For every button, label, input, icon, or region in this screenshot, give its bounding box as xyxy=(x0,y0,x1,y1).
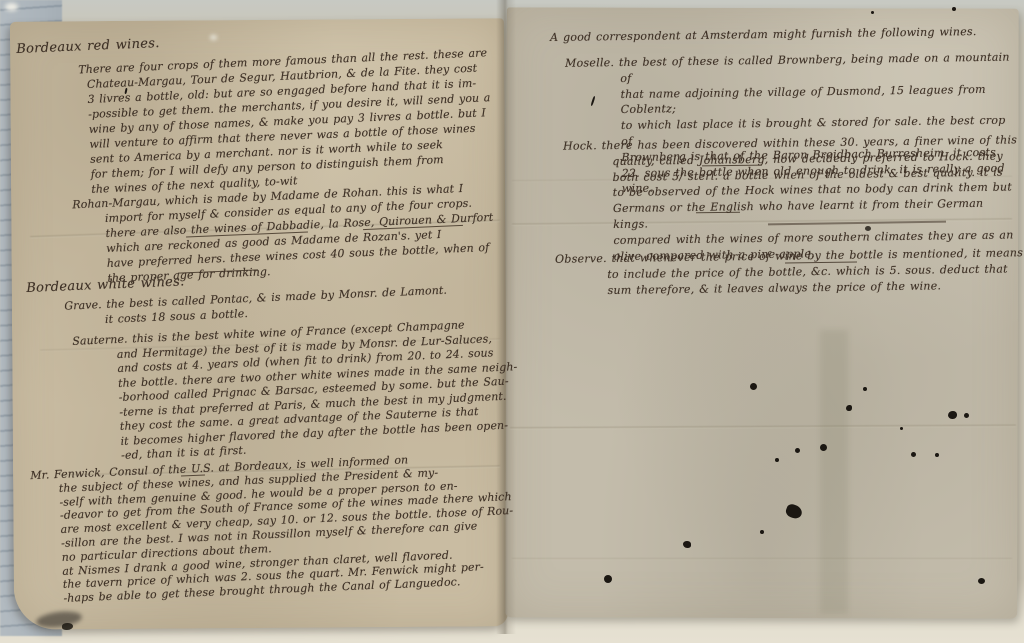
ink-spot xyxy=(863,387,867,391)
ink-spot xyxy=(871,11,874,14)
paragraph-fenwick: Mr. Fenwick, Consul of the U.S. at Borde… xyxy=(58,449,523,606)
ink-spot xyxy=(604,575,612,583)
paragraph-observe: Observe. that whenever the price of wine… xyxy=(607,245,1024,298)
ink-spot xyxy=(750,383,757,390)
ink-spot xyxy=(948,411,957,419)
fold-crease xyxy=(512,558,1012,560)
paragraph-four-crops: There are four crops of them more famous… xyxy=(86,44,531,197)
ink-spot xyxy=(935,453,939,457)
ink-spot xyxy=(911,452,916,457)
paragraph-sauterne: Sauterne. this is the best white wine of… xyxy=(116,316,531,464)
ink-spot xyxy=(952,7,956,11)
ink-spot xyxy=(760,530,764,534)
ink-spot xyxy=(900,427,903,430)
ink-spot xyxy=(683,541,691,548)
ink-spot xyxy=(775,458,779,462)
manuscript-photo: Bordeaux red wines. There are four crops… xyxy=(0,0,1024,643)
paragraph-hock: Hock. there has been discovered within t… xyxy=(612,132,1024,264)
ink-spot xyxy=(978,578,985,584)
ink-spot xyxy=(865,226,871,231)
fold-crease xyxy=(820,330,848,614)
paragraph-rohan-margau: Rohan-Margau, which is made by Madame de… xyxy=(104,178,537,286)
paper-speck xyxy=(210,35,217,40)
ink-spot xyxy=(846,405,852,411)
ink-spot xyxy=(820,444,827,451)
ink-spot xyxy=(964,413,969,418)
paper-speck xyxy=(5,3,18,11)
ink-spot xyxy=(795,448,800,453)
